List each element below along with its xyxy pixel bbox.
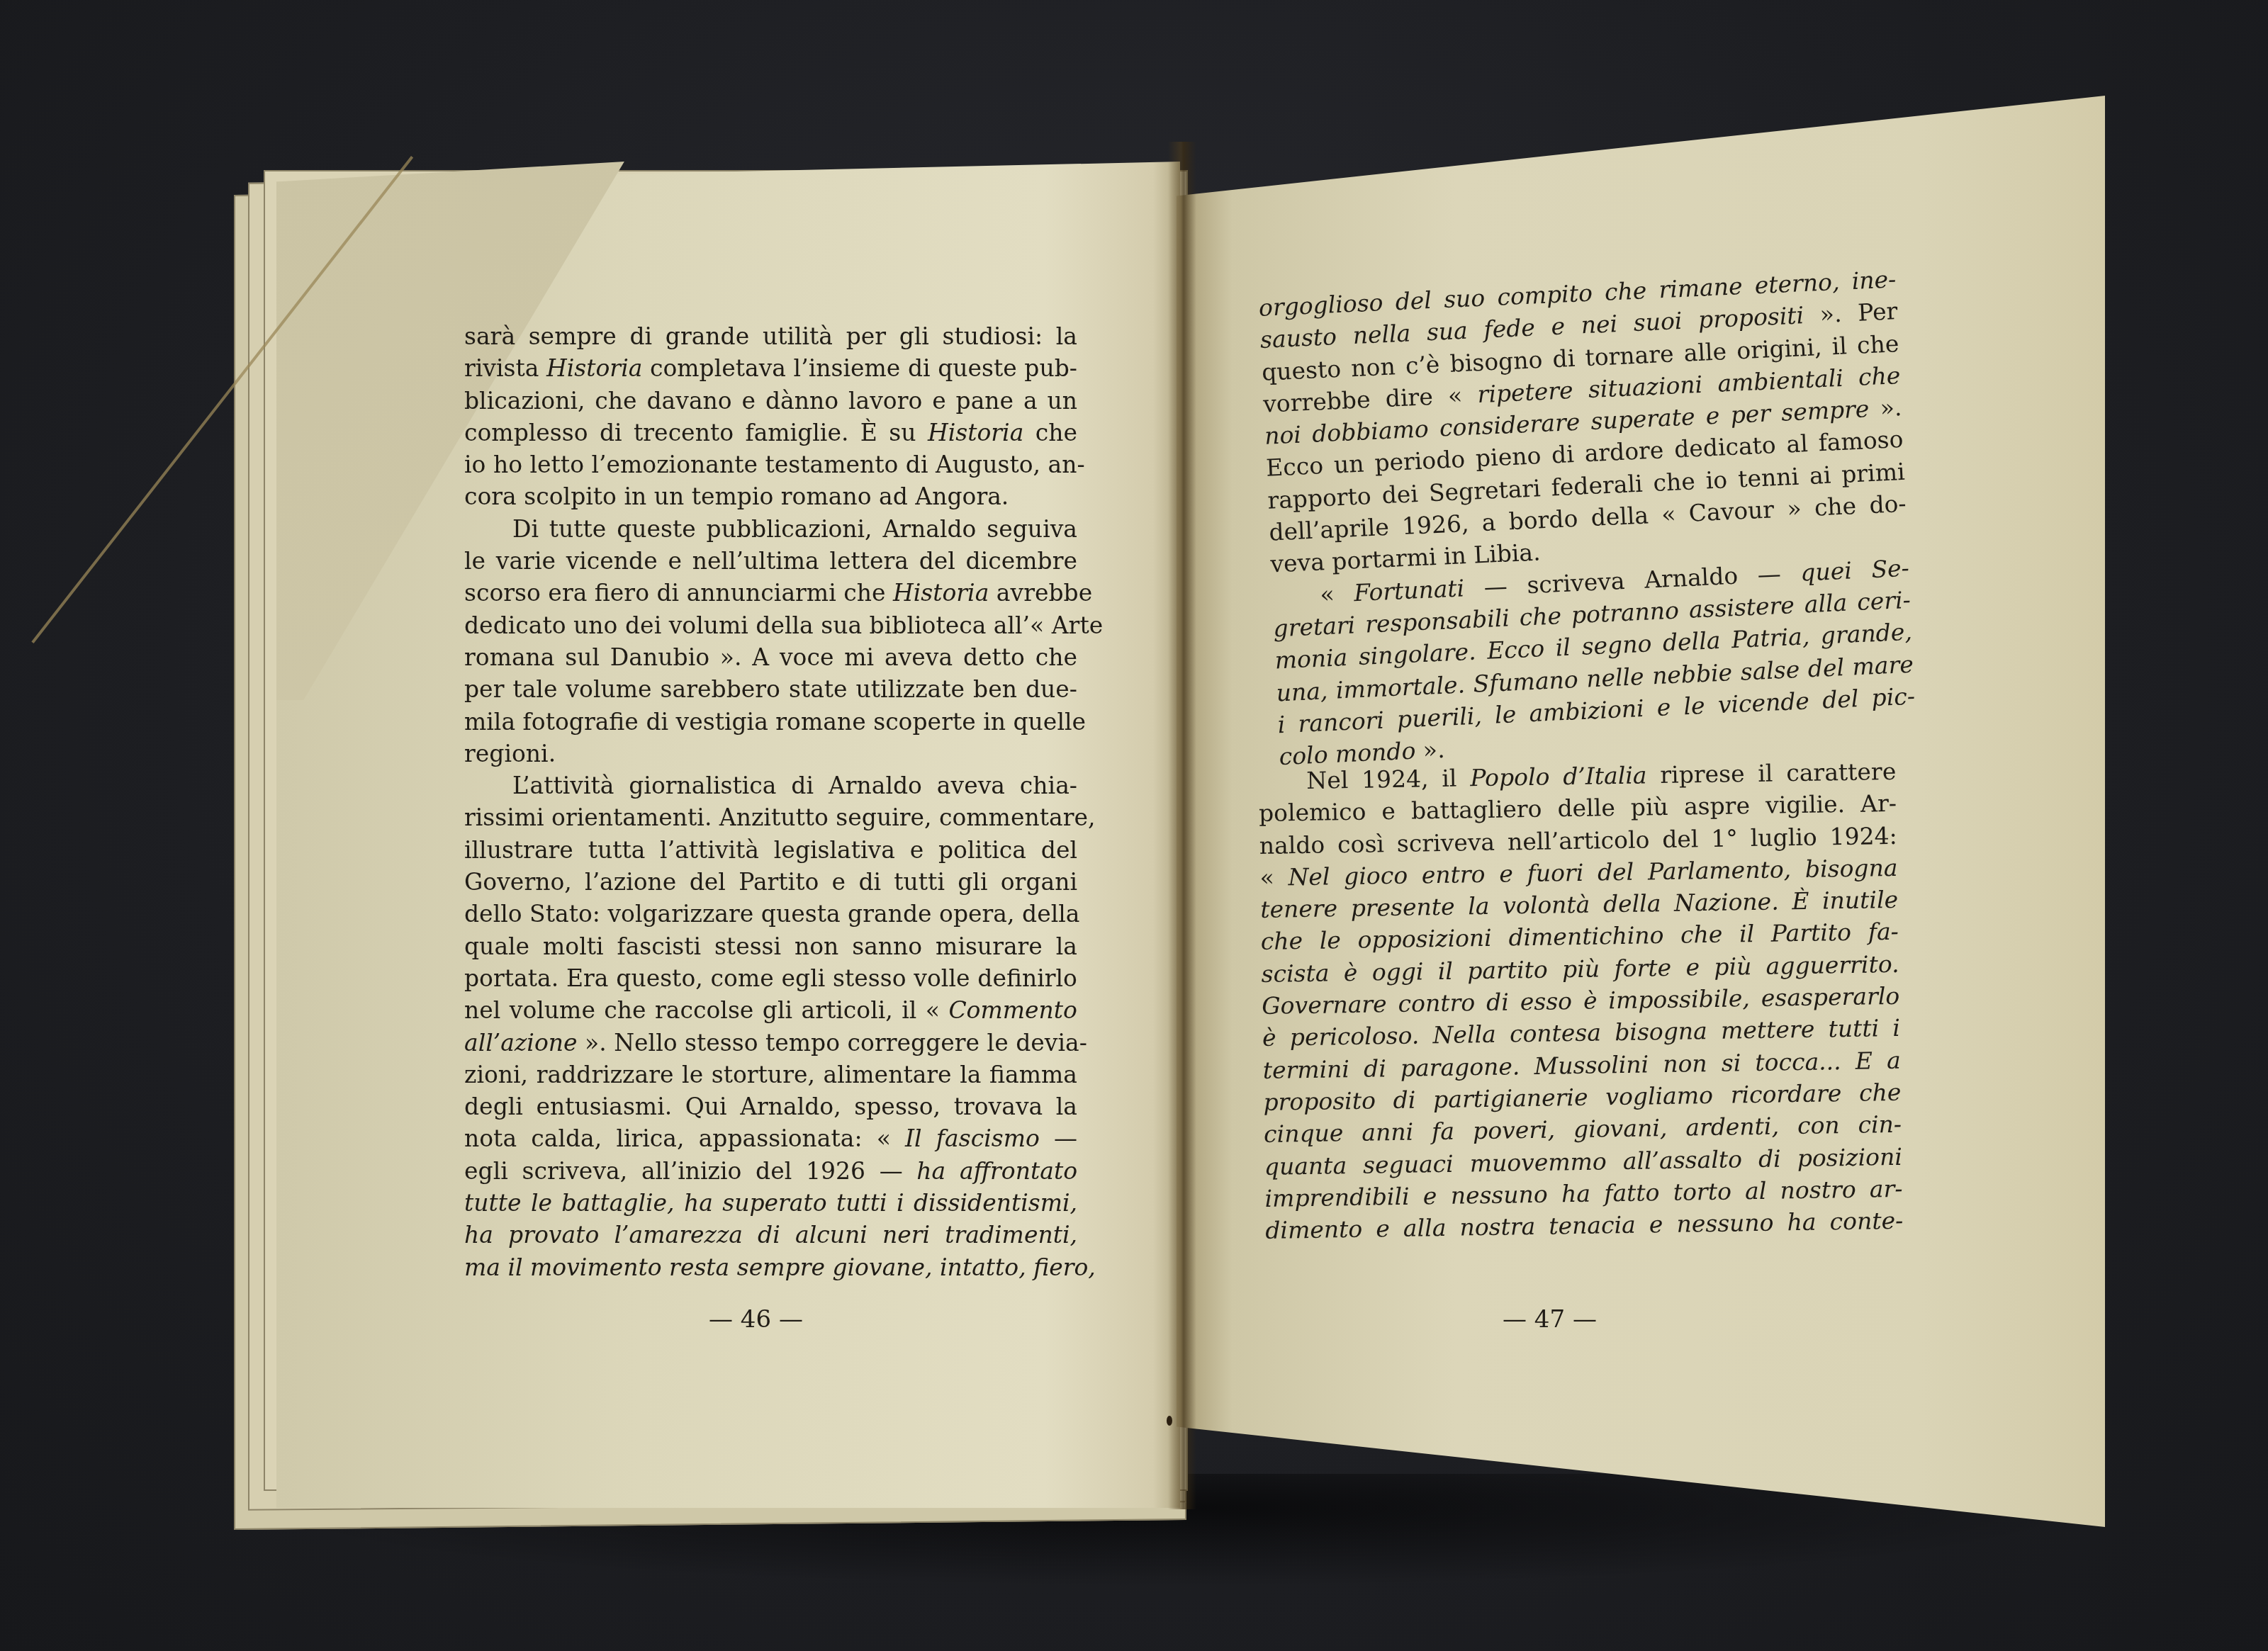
text-line: nota calda, lirica, appassionata: « Il f…: [464, 1122, 1077, 1154]
text-line: portata. Era questo, come egli stesso vo…: [464, 962, 1077, 994]
text-line: rissimi orientamenti. Anzitutto seguire,…: [464, 801, 1077, 833]
text-line: quale molti fascisti stessi non sanno mi…: [464, 930, 1077, 962]
text-line: mila fotografie di vestigia romane scope…: [464, 706, 1077, 738]
text-line: Governo, l’azione del Partito e di tutti…: [464, 866, 1077, 898]
text-line: degli entusiasmi. Qui Arnaldo, spesso, t…: [464, 1091, 1077, 1122]
book-gutter: [1168, 142, 1196, 1509]
text-line: ma il movimento resta sempre giovane, in…: [464, 1251, 1077, 1283]
text-line: sarà sempre di grande utilità per gli st…: [464, 320, 1077, 352]
page-number-right: — 47 —: [1503, 1305, 1597, 1334]
text-line: complesso di trecento famiglie. È su His…: [464, 417, 1077, 449]
text-line: per tale volume sarebbero state utilizza…: [464, 673, 1077, 705]
text-line: romana sul Danubio ». A voce mi aveva de…: [464, 641, 1077, 673]
right-page-text-upper: orgoglioso del suo compito che rimane et…: [1258, 263, 1917, 773]
text-line: cora scolpito in un tempio romano ad Ang…: [464, 480, 1077, 512]
text-line: dello Stato: volgarizzare questa grande …: [464, 898, 1077, 930]
text-line: scorso era fiero di annunciarmi che Hist…: [464, 577, 1077, 609]
text-line: L’attività giornalistica di Arnaldo avev…: [464, 770, 1077, 801]
page-number-left: — 46 —: [709, 1305, 803, 1334]
text-line: blicazioni, che davano e dànno lavoro e …: [464, 385, 1077, 417]
right-page-text-lower: Nel 1924, il Popolo d’Italia riprese il …: [1258, 755, 1904, 1247]
text-line: regioni.: [464, 738, 1077, 770]
text-line: zioni, raddrizzare le storture, alimenta…: [464, 1059, 1077, 1091]
text-line: Di tutte queste pubblicazioni, Arnaldo s…: [464, 513, 1077, 545]
ink-speck: [1167, 1416, 1172, 1426]
text-line: le varie vicende e nell’ultima lettera d…: [464, 545, 1077, 577]
text-line: all’azione ». Nello stesso tempo corregg…: [464, 1027, 1077, 1059]
text-line: dedicato uno dei volumi della sua biblio…: [464, 609, 1077, 641]
text-line: rivista Historia completava l’insieme di…: [464, 352, 1077, 384]
text-line: egli scriveva, all’inizio del 1926 — ha …: [464, 1155, 1077, 1187]
left-page-text: sarà sempre di grande utilità per gli st…: [464, 320, 1077, 1283]
text-line: io ho letto l’emozionante testamento di …: [464, 449, 1077, 480]
text-line: ha provato l’amarezza di alcuni neri tra…: [464, 1219, 1077, 1251]
text-line: illustrare tutta l’attività legislativa …: [464, 834, 1077, 866]
text-line: tutte le battaglie, ha superato tutti i …: [464, 1187, 1077, 1219]
text-line: nel volume che raccolse gli articoli, il…: [464, 994, 1077, 1026]
